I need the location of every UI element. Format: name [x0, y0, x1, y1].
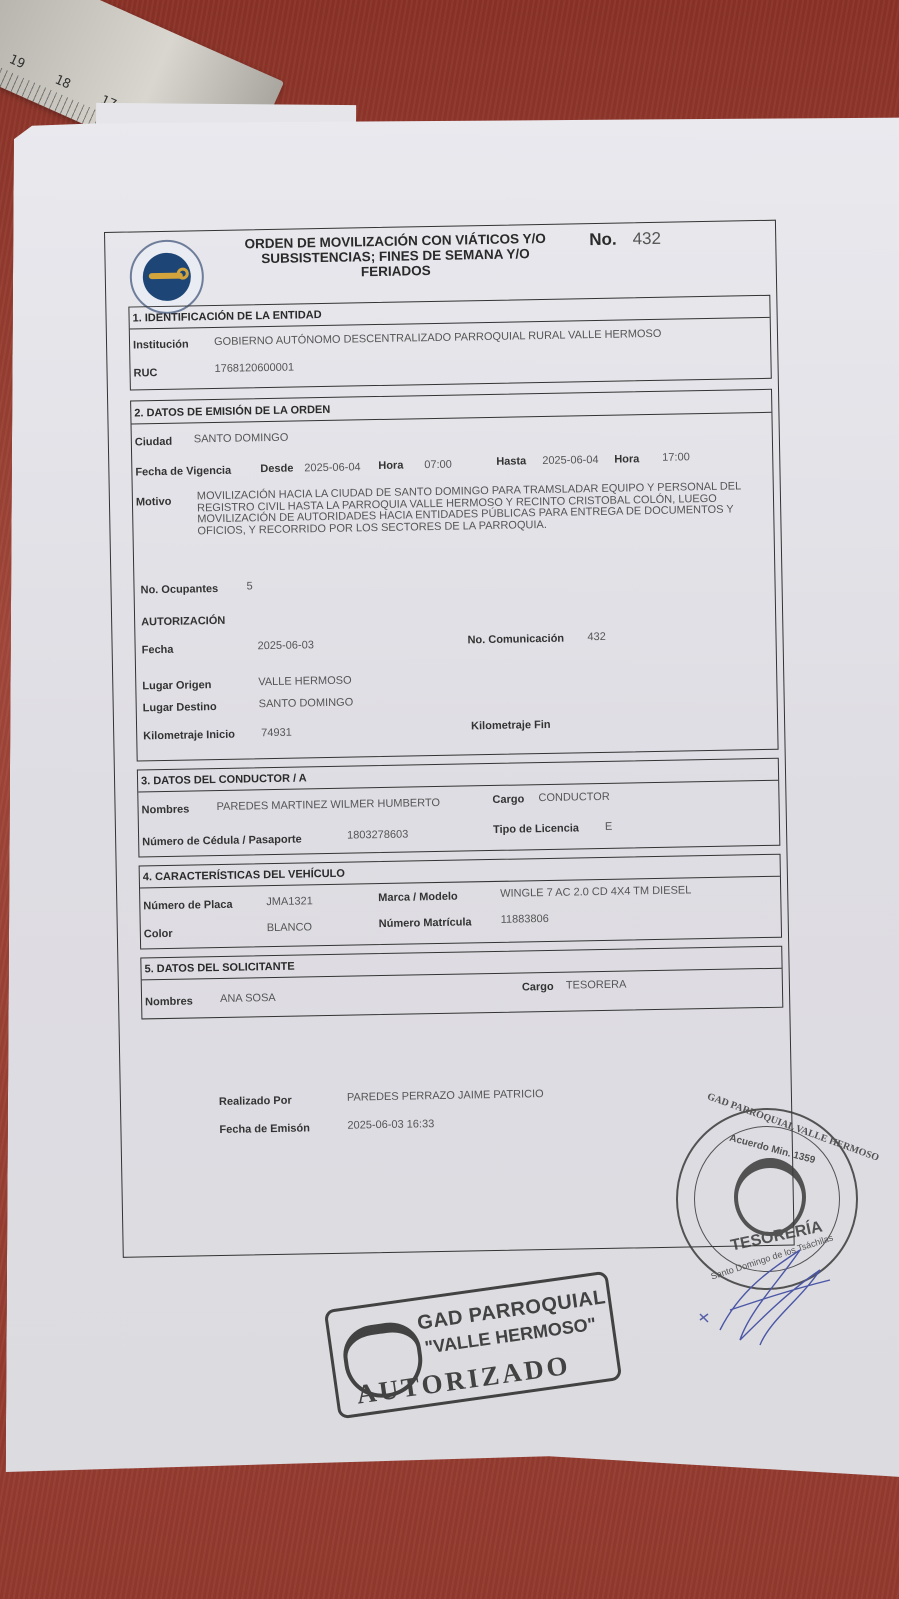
comunicacion-label: No. Comunicación: [467, 633, 564, 647]
institucion-value: GOBIERNO AUTÓNOMO DESCENTRALIZADO PARROQ…: [214, 328, 662, 348]
ruler-number: 19: [7, 52, 27, 72]
matricula-label: Número Matrícula: [379, 916, 472, 930]
section-requester: 5. DATOS DEL SOLICITANTE Nombres ANA SOS…: [140, 946, 783, 1020]
row-motivo: Motivo MOVILIZACIÓN HACIA LA CIUDAD DE S…: [133, 471, 775, 573]
emision-value: 2025-06-03 16:33: [347, 1118, 434, 1132]
section-vehicle: 4. CARACTERÍSTICAS DEL VEHÍCULO Número d…: [139, 854, 782, 950]
hasta-label: Hasta: [496, 455, 526, 468]
color-label: Color: [144, 928, 173, 941]
key-icon: [142, 252, 191, 301]
motivo-value: MOVILIZACIÓN HACIA LA CIUDAD DE SANTO DO…: [197, 481, 778, 538]
contraloria-logo: [129, 239, 204, 314]
placa-value: JMA1321: [266, 895, 313, 908]
destino-label: Lugar Destino: [143, 701, 217, 714]
order-number-label: No.: [589, 230, 617, 249]
cargo-label: Cargo: [522, 981, 554, 994]
order-number: No.432: [589, 229, 661, 250]
desde-label: Desde: [260, 463, 293, 476]
form-title: ORDEN DE MOVILIZACIÓN CON VIÁTICOS Y/O S…: [225, 231, 566, 282]
form-header: ORDEN DE MOVILIZACIÓN CON VIÁTICOS Y/O S…: [105, 221, 776, 305]
ruler-number: 18: [52, 72, 72, 92]
mobilization-order-form: ORDEN DE MOVILIZACIÓN CON VIÁTICOS Y/O S…: [104, 220, 795, 1258]
signature-icon: [690, 1230, 850, 1350]
hora-label: Hora: [378, 460, 403, 472]
fecha-label: Fecha: [142, 644, 174, 657]
realizado-label: Realizado Por: [219, 1095, 292, 1108]
section-entity: 1. IDENTIFICACIÓN DE LA ENTIDAD Instituc…: [128, 295, 771, 391]
origen-value: VALLE HERMOSO: [258, 675, 352, 689]
emision-label: Fecha de Emisón: [219, 1122, 310, 1136]
institucion-label: Institución: [133, 338, 189, 351]
realizado-value: PAREDES PERRAZO JAIME PATRICIO: [347, 1088, 544, 1104]
form-footer: Realizado Por PAREDES PERRAZO JAIME PATR…: [120, 1016, 792, 1158]
autorizacion-heading: AUTORIZACIÓN: [141, 615, 225, 629]
marca-label: Marca / Modelo: [378, 891, 458, 904]
requester-name-value: ANA SOSA: [220, 992, 276, 1005]
fecha-value: 2025-06-03: [258, 639, 314, 652]
comunicacion-value: 432: [587, 631, 606, 643]
hora-label: Hora: [614, 453, 639, 465]
color-value: BLANCO: [267, 921, 312, 934]
km-inicio-value: 74931: [261, 727, 292, 740]
hora-desde-value: 07:00: [424, 459, 452, 472]
cedula-label: Número de Cédula / Pasaporte: [142, 833, 302, 848]
km-inicio-label: Kilometraje Inicio: [143, 729, 235, 743]
hora-hasta-value: 17:00: [662, 451, 690, 464]
section-driver: 3. DATOS DEL CONDUCTOR / A Nombres PARED…: [137, 758, 781, 858]
driver-name-value: PAREDES MARTINEZ WILMER HUMBERTO: [216, 797, 440, 813]
destino-value: SANTO DOMINGO: [259, 697, 354, 711]
marca-value: WINGLE 7 AC 2.0 CD 4X4 TM DIESEL: [500, 884, 691, 900]
requester-cargo-value: TESORERA: [566, 979, 627, 992]
placa-label: Número de Placa: [143, 899, 232, 913]
vigencia-label: Fecha de Vigencia: [135, 465, 231, 479]
ruc-value: 1768120600001: [214, 362, 294, 375]
ocupantes-value: 5: [246, 580, 252, 592]
licencia-label: Tipo de Licencia: [493, 822, 579, 836]
ciudad-label: Ciudad: [135, 436, 172, 449]
hasta-value: 2025-06-04: [542, 454, 598, 467]
ciudad-value: SANTO DOMINGO: [194, 432, 289, 446]
licencia-value: E: [605, 821, 613, 833]
km-fin-label: Kilometraje Fin: [471, 719, 551, 732]
nombres-label: Nombres: [145, 996, 193, 1009]
motivo-label: Motivo: [136, 496, 172, 509]
order-number-value: 432: [632, 229, 661, 249]
nombres-label: Nombres: [141, 804, 189, 817]
ruc-label: RUC: [133, 367, 157, 379]
ocupantes-label: No. Ocupantes: [140, 583, 218, 596]
origen-label: Lugar Origen: [142, 679, 211, 692]
section-order-data: 2. DATOS DE EMISIÓN DE LA ORDEN Ciudad S…: [130, 389, 779, 762]
driver-cargo-value: CONDUCTOR: [538, 791, 610, 804]
desde-value: 2025-06-04: [304, 461, 360, 474]
matricula-value: 11883806: [501, 913, 549, 926]
cargo-label: Cargo: [492, 793, 524, 806]
cedula-value: 1803278603: [347, 829, 408, 842]
